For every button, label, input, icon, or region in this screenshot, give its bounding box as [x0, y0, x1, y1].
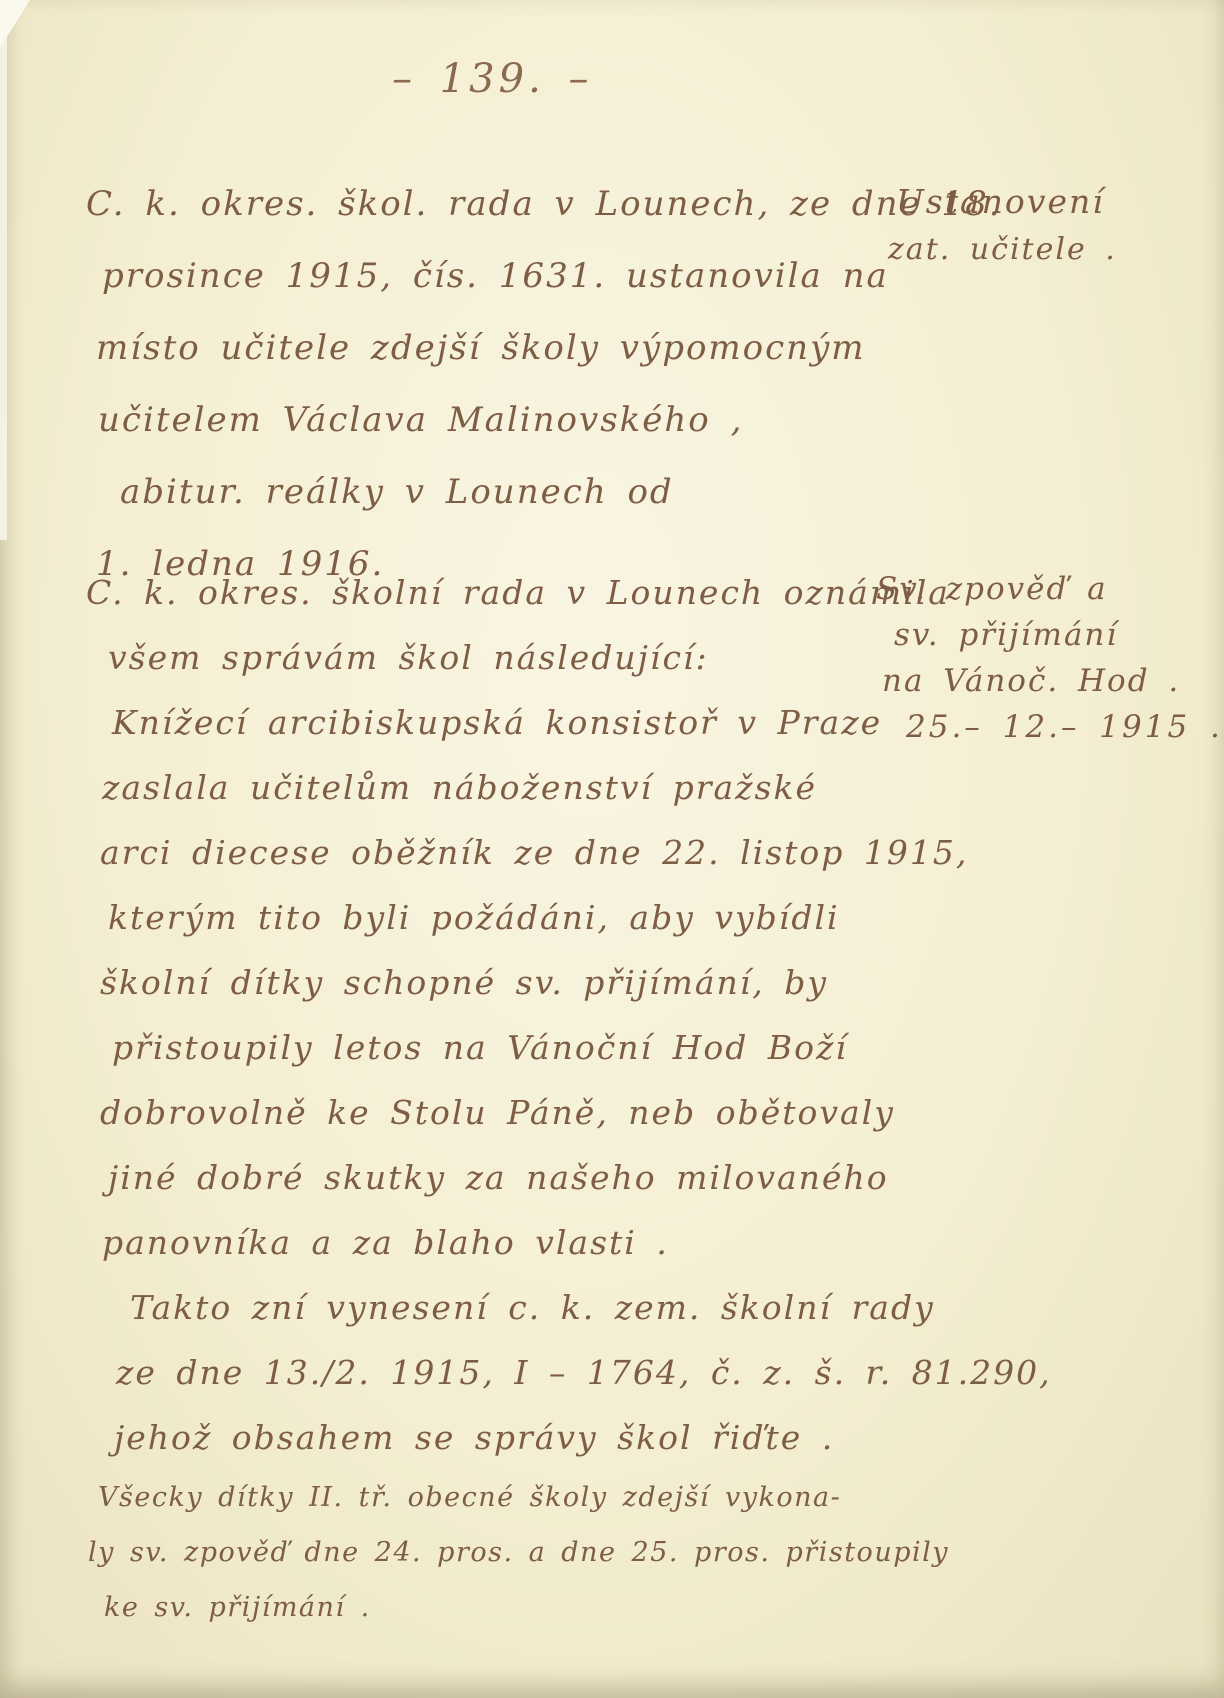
- handwriting-line: prosince 1915, čís. 1631. ustanovila na: [102, 240, 886, 312]
- margin-note-line: 25.– 12.– 1915 .: [906, 704, 1186, 750]
- margin-note-line: zat. učitele .: [888, 226, 1206, 274]
- handwriting-line: kterým tito byli požádáni, aby vybídli: [108, 885, 916, 950]
- handwriting-line: panovníka a za blaho vlasti .: [102, 1210, 916, 1275]
- page-number: – 139. –: [392, 56, 593, 102]
- handwriting-line: zaslala učitelům náboženství pražské: [102, 755, 916, 820]
- handwriting-line: abitur. reálky v Lounech od: [120, 456, 886, 528]
- handwriting-line: Takto zní vynesení c. k. zem. školní rad…: [130, 1275, 916, 1340]
- handwriting-line: školní dítky schopné sv. přijímání, by: [100, 950, 916, 1015]
- entry-2-body: C. k. okres. školní rada v Lounech oznám…: [86, 560, 916, 1635]
- entry-2-margin-note: Sv. zpověď a sv. přijímání na Vánoč. Hod…: [876, 566, 1186, 750]
- entry-1-body: C. k. okres. škol. rada v Lounech, ze dn…: [86, 168, 886, 600]
- handwriting-line: místo učitele zdejší školy výpomocným: [96, 312, 886, 384]
- margin-note-line: sv. přijímání: [894, 612, 1186, 658]
- handwriting-line: Knížecí arcibiskupská konsistoř v Praze: [112, 690, 916, 755]
- entry-1-margin-note: Ustanovení zat. učitele .: [896, 178, 1206, 274]
- handwriting-line: přistoupily letos na Vánoční Hod Boží: [112, 1015, 916, 1080]
- handwriting-line: ke sv. přijímání .: [104, 1580, 916, 1635]
- handwriting-line: C. k. okres. škol. rada v Lounech, ze dn…: [86, 168, 886, 240]
- handwriting-line: jiné dobré skutky za našeho milovaného: [108, 1145, 916, 1210]
- paper-edge: [0, 0, 7, 540]
- handwriting-line: dobrovolně ke Stolu Páně, neb obětovaly: [100, 1080, 916, 1145]
- handwriting-line: všem správám škol následující:: [108, 625, 916, 690]
- handwriting-line: ze dne 13./2. 1915, I – 1764, č. z. š. r…: [116, 1340, 916, 1405]
- handwriting-line: učitelem Václava Malinovského ,: [98, 384, 886, 456]
- chronicle-page: – 139. – C. k. okres. škol. rada v Loune…: [0, 0, 1224, 1698]
- handwriting-line: Všecky dítky II. tř. obecné školy zdejší…: [98, 1470, 916, 1525]
- handwriting-line: jehož obsahem se správy škol řiďte .: [114, 1405, 916, 1470]
- handwriting-line: arci diecese oběžník ze dne 22. listop 1…: [100, 820, 916, 885]
- handwriting-line: C. k. okres. školní rada v Lounech oznám…: [86, 560, 916, 625]
- handwriting-line: ly sv. zpověď dne 24. pros. a dne 25. pr…: [88, 1525, 916, 1580]
- margin-note-line: Sv. zpověď a: [876, 566, 1186, 612]
- margin-note-line: na Vánoč. Hod .: [882, 658, 1186, 704]
- margin-note-line: Ustanovení: [896, 178, 1206, 226]
